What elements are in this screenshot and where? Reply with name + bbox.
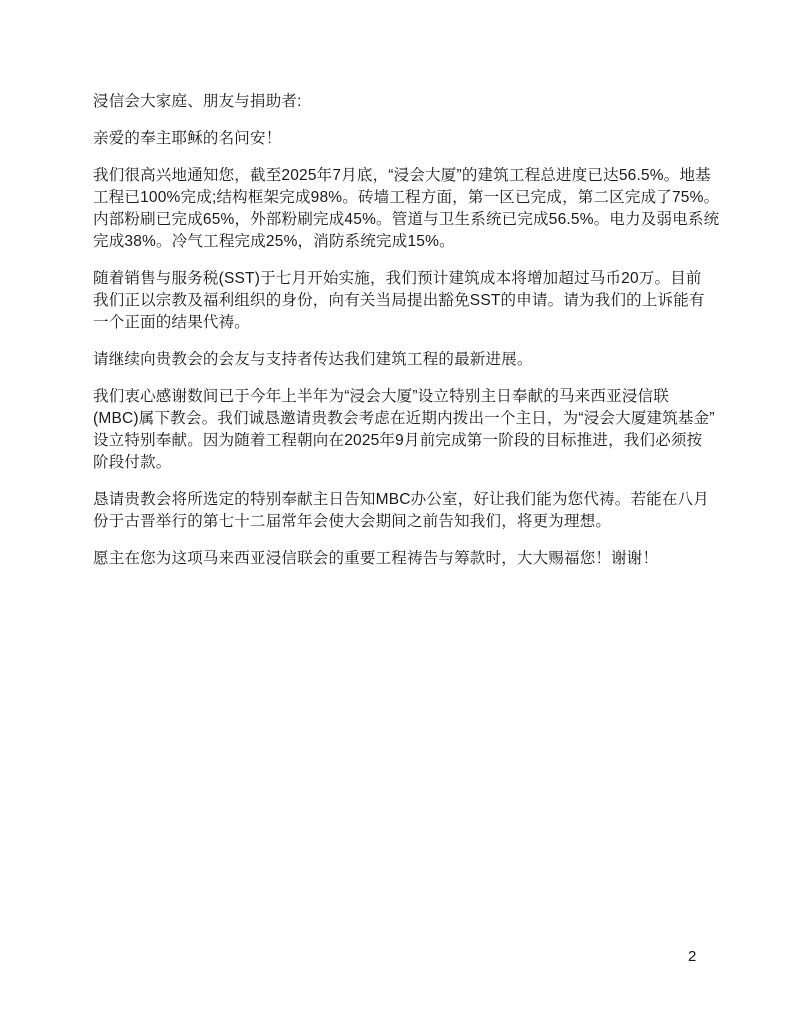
paragraph-text-line: 设立特别奉献。因为随着工程朝向在2025年9月前完成第一阶段的目标推进，我们必须…	[93, 430, 700, 452]
paragraph-text-line: 工程已100%完成;结构框架完成98%。砖墙工程方面，第一区已完成，第二区完成了…	[93, 187, 700, 209]
paragraph-notify-mbc-office: 恳请贵教会将所选定的特别奉献主日告知MBC办公室，好让我们能为您代祷。若能在八月…	[93, 489, 700, 533]
page-number: 2	[688, 948, 696, 965]
paragraph-text-line: (MBC)属下教会。我们诚恳邀请贵教会考虑在近期内拨出一个主日，为“浸会大厦建筑…	[93, 408, 700, 430]
paragraph-text-line: 请继续向贵教会的会友与支持者传达我们建筑工程的最新进展。	[93, 349, 700, 371]
paragraph-text-line: 完成38%。冷气工程完成25%，消防系统完成15%。	[93, 231, 700, 253]
greeting-text: 浸信会大家庭、朋友与捐助者:	[93, 91, 700, 113]
paragraph-special-offering-invitation: 我们衷心感谢数间已于今年上半年为“浸会大厦”设立特别主日奉献的马来西亚浸信联 (…	[93, 386, 700, 474]
salutation-line: 亲爱的奉主耶稣的名问安！	[93, 128, 700, 150]
paragraph-text-line: 我们衷心感谢数间已于今年上半年为“浸会大厦”设立特别主日奉献的马来西亚浸信联	[93, 386, 700, 408]
paragraph-text-line: 内部粉刷已完成65%，外部粉刷完成45%。管道与卫生系统已完成56.5%。电力及…	[93, 209, 700, 231]
salutation-text: 亲爱的奉主耶稣的名问安！	[93, 128, 700, 150]
greeting-line: 浸信会大家庭、朋友与捐助者:	[93, 91, 700, 113]
letter-page: 浸信会大家庭、朋友与捐助者: 亲爱的奉主耶稣的名问安！ 我们很高兴地通知您，截至…	[0, 0, 791, 1024]
paragraph-share-updates: 请继续向贵教会的会友与支持者传达我们建筑工程的最新进展。	[93, 349, 700, 371]
letter-body: 浸信会大家庭、朋友与捐助者: 亲爱的奉主耶稣的名问安！ 我们很高兴地通知您，截至…	[93, 91, 700, 585]
paragraph-text-line: 我们正以宗教及福利组织的身份，向有关当局提出豁免SST的申请。请为我们的上诉能有	[93, 290, 700, 312]
paragraph-text-line: 随着销售与服务税(SST)于七月开始实施，我们预计建筑成本将增加超过马币20万。…	[93, 268, 700, 290]
paragraph-text-line: 愿主在您为这项马来西亚浸信联会的重要工程祷告与筹款时，大大赐福您！谢谢！	[93, 548, 700, 570]
paragraph-sst-cost-increase: 随着销售与服务税(SST)于七月开始实施，我们预计建筑成本将增加超过马币20万。…	[93, 268, 700, 334]
paragraph-blessing-closing: 愿主在您为这项马来西亚浸信联会的重要工程祷告与筹款时，大大赐福您！谢谢！	[93, 548, 700, 570]
paragraph-text-line: 恳请贵教会将所选定的特别奉献主日告知MBC办公室，好让我们能为您代祷。若能在八月	[93, 489, 700, 511]
paragraph-text-line: 我们很高兴地通知您，截至2025年7月底，“浸会大厦”的建筑工程总进度已达56.…	[93, 165, 700, 187]
paragraph-text-line: 一个正面的结果代祷。	[93, 312, 700, 334]
paragraph-text-line: 份于古晋举行的第七十二届常年会使大会期间之前告知我们，将更为理想。	[93, 511, 700, 533]
paragraph-text-line: 阶段付款。	[93, 452, 700, 474]
paragraph-construction-progress: 我们很高兴地通知您，截至2025年7月底，“浸会大厦”的建筑工程总进度已达56.…	[93, 165, 700, 253]
